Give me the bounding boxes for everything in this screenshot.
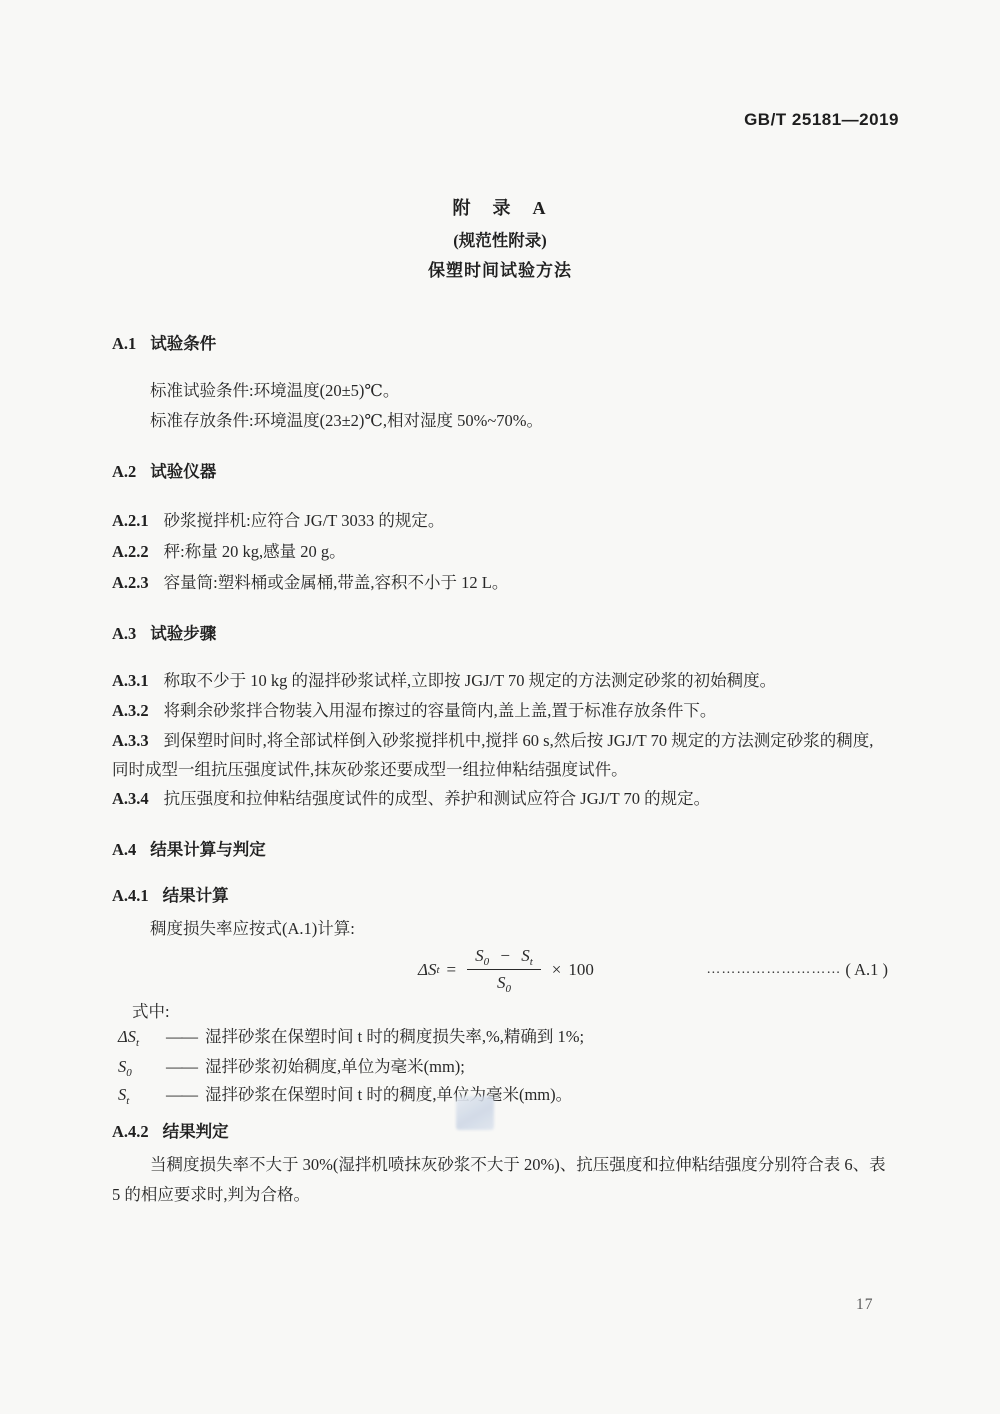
section-a1-title: 试验条件 — [150, 334, 216, 353]
section-a41-title: 结果计算 — [163, 886, 229, 905]
fraction-numerator: S0 − St — [467, 946, 541, 970]
clause-a3-2: A.3.2将剩余砂浆拌合物装入用湿布擦过的容量筒内,盖上盖,置于标准存放条件下。 — [112, 696, 888, 725]
clause-a3-4: A.3.4抗压强度和拉伸粘结强度试件的成型、养护和测试应符合 JGJ/T 70 … — [112, 784, 888, 813]
leader-dots: ……………………… — [706, 962, 841, 978]
section-a2-title: 试验仪器 — [150, 462, 216, 481]
equation-a1: ΔSt = S0 − St S0 × 100 ……………………… ( A.1 ) — [112, 938, 888, 1000]
section-a3-number: A.3 — [112, 624, 136, 643]
definition-dash: —— — [166, 1024, 197, 1050]
section-a42-heading: A.4.2结果判定 — [112, 1118, 888, 1142]
clause-a3-4-number: A.3.4 — [112, 789, 149, 808]
section-a2-number: A.2 — [112, 462, 136, 481]
delta-s-symbol: ΔS — [418, 960, 436, 980]
equation-a1-reference: ……………………… ( A.1 ) — [706, 960, 888, 980]
appendix-title: 附 录 A — [0, 194, 1000, 220]
where-item-st-text: 湿拌砂浆在保塑时间 t 时的稠度,单位为毫米(mm)。 — [205, 1082, 572, 1108]
clause-a2-3-text: 容量筒:塑料桶或金属桶,带盖,容积不小于 12 L。 — [164, 573, 509, 592]
clause-a3-4-text: 抗压强度和拉伸粘结强度试件的成型、养护和测试应符合 JGJ/T 70 的规定。 — [164, 789, 711, 808]
minus-sign: − — [500, 946, 510, 965]
clause-a2-2-text: 秤:称量 20 kg,感量 20 g。 — [164, 542, 346, 561]
equation-label: ( A.1 ) — [845, 960, 888, 980]
clause-a3-1: A.3.1称取不少于 10 kg 的湿拌砂浆试样,立即按 JGJ/T 70 规定… — [112, 666, 888, 695]
where-item-s0: S0 —— 湿拌砂浆初始稠度,单位为毫米(mm); — [118, 1054, 888, 1080]
where-item-delta-st-text: 湿拌砂浆在保塑时间 t 时的稠度损失率,%,精确到 1%; — [205, 1024, 584, 1050]
section-a1-heading: A.1试验条件 — [112, 330, 888, 354]
clause-a2-2-number: A.2.2 — [112, 542, 149, 561]
paragraph-result-judgement: 当稠度损失率不大于 30%(湿拌机喷抹灰砂浆不大于 20%)、抗压强度和拉伸粘结… — [112, 1150, 888, 1210]
clause-a3-2-text: 将剩余砂浆拌合物装入用湿布擦过的容量筒内,盖上盖,置于标准存放条件下。 — [164, 701, 717, 720]
factor-100: 100 — [568, 960, 594, 980]
where-label: 式中: — [132, 998, 908, 1022]
definition-dash: —— — [166, 1082, 197, 1108]
section-a3-title: 试验步骤 — [150, 624, 216, 643]
standard-code: GB/T 25181—2019 — [744, 110, 899, 130]
page-number: 17 — [856, 1296, 874, 1314]
clause-a2-1: A.2.1砂浆搅拌机:应符合 JG/T 3033 的规定。 — [112, 506, 888, 535]
where-item-st: St —— 湿拌砂浆在保塑时间 t 时的稠度,单位为毫米(mm)。 — [118, 1082, 888, 1108]
fraction-denominator: S0 — [467, 970, 541, 993]
section-a41-heading: A.4.1结果计算 — [112, 882, 888, 906]
fraction: S0 − St S0 — [467, 946, 541, 993]
section-a3-heading: A.3试验步骤 — [112, 620, 888, 644]
multiplication-sign: × — [552, 960, 562, 980]
appendix-subtitle: (规范性附录) — [0, 227, 1000, 251]
section-a2-heading: A.2试验仪器 — [112, 458, 888, 482]
section-a4-number: A.4 — [112, 840, 136, 859]
clause-a2-1-number: A.2.1 — [112, 511, 149, 530]
clause-a2-3: A.2.3容量筒:塑料桶或金属桶,带盖,容积不小于 12 L。 — [112, 568, 888, 597]
clause-a3-3-text: 到保塑时间时,将全部试样倒入砂浆搅拌机中,搅拌 60 s,然后按 JGJ/T 7… — [112, 731, 873, 779]
equals-sign: = — [447, 960, 457, 980]
appendix-method-title: 保塑时间试验方法 — [0, 256, 1000, 281]
section-a1-number: A.1 — [112, 334, 136, 353]
where-item-delta-st: ΔSt —— 湿拌砂浆在保塑时间 t 时的稠度损失率,%,精确到 1%; — [118, 1024, 888, 1050]
clause-a3-3-number: A.3.3 — [112, 731, 149, 750]
section-a42-title: 结果判定 — [163, 1122, 229, 1141]
section-a4-title: 结果计算与判定 — [150, 840, 266, 859]
paragraph-standard-test-conditions: 标准试验条件:环境温度(20±5)℃。 — [112, 376, 926, 405]
section-a41-number: A.4.1 — [112, 886, 149, 905]
section-a42-number: A.4.2 — [112, 1122, 149, 1141]
where-item-s0-text: 湿拌砂浆初始稠度,单位为毫米(mm); — [205, 1054, 465, 1080]
clause-a3-3: A.3.3到保塑时间时,将全部试样倒入砂浆搅拌机中,搅拌 60 s,然后按 JG… — [112, 726, 888, 784]
section-a4-heading: A.4结果计算与判定 — [112, 836, 888, 860]
clause-a2-2: A.2.2秤:称量 20 kg,感量 20 g。 — [112, 537, 888, 566]
document-page: GB/T 25181—2019 附 录 A (规范性附录) 保塑时间试验方法 A… — [0, 0, 1000, 1414]
clause-a2-3-number: A.2.3 — [112, 573, 149, 592]
clause-a2-1-text: 砂浆搅拌机:应符合 JG/T 3033 的规定。 — [164, 511, 445, 530]
equation-a1-math: ΔSt = S0 − St S0 × 100 — [418, 946, 594, 993]
clause-a3-2-number: A.3.2 — [112, 701, 149, 720]
clause-a3-1-text: 称取不少于 10 kg 的湿拌砂浆试样,立即按 JGJ/T 70 规定的方法测定… — [164, 671, 777, 690]
definition-dash: —— — [166, 1054, 197, 1080]
clause-a3-1-number: A.3.1 — [112, 671, 149, 690]
paragraph-standard-storage-conditions: 标准存放条件:环境温度(23±2)℃,相对湿度 50%~70%。 — [112, 406, 926, 435]
